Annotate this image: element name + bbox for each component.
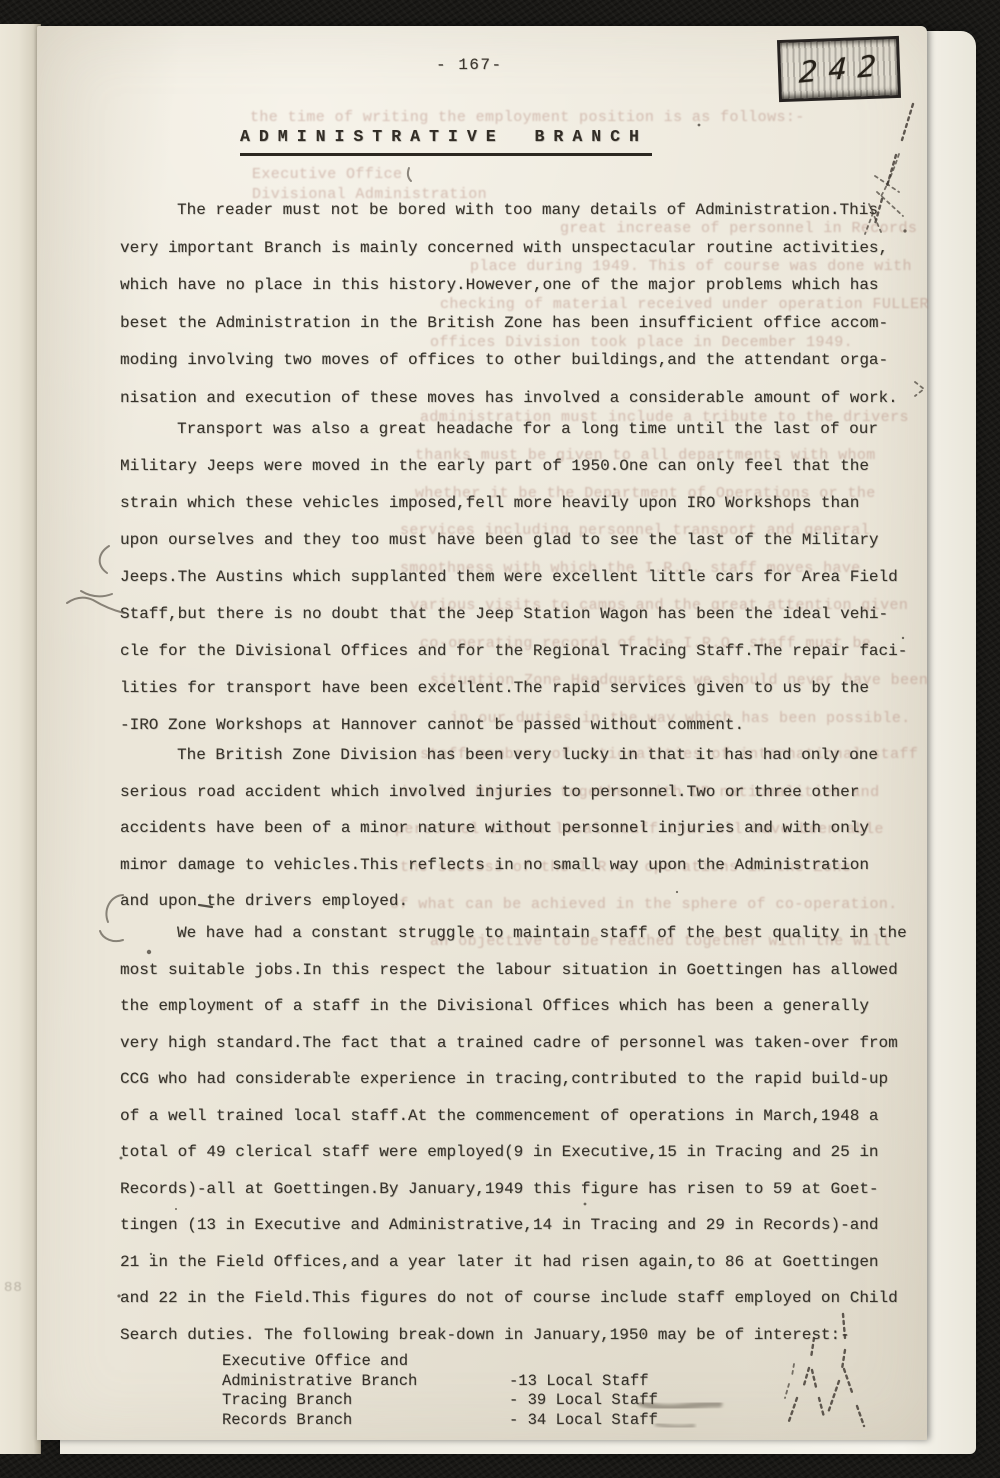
document-scan: 88 - 167- 242 ADMINISTRATIVE BRANCH the … xyxy=(0,0,1000,1478)
body-line: Transport was also a great headache for … xyxy=(120,411,920,448)
body-line: We have had a constant struggle to maint… xyxy=(120,915,920,952)
document-title: ADMINISTRATIVE BRANCH xyxy=(240,127,652,156)
table-value: - 39 Local Staff xyxy=(509,1391,658,1411)
body-line: very high standard.The fact that a train… xyxy=(120,1025,920,1062)
body-line: Search duties. The following break-down … xyxy=(120,1317,920,1354)
body-line: total of 49 clerical staff were employed… xyxy=(120,1134,920,1171)
body-line: The British Zone Division has been very … xyxy=(120,737,920,774)
body-line: Jeeps.The Austins which supplanted them … xyxy=(120,559,920,596)
body-line: strain which these vehicles imposed,fell… xyxy=(120,485,920,522)
body-line: lities for transport have been excellent… xyxy=(120,670,920,707)
folio-stamp: 242 xyxy=(777,36,901,102)
paragraph: The reader must not be bored with too ma… xyxy=(120,192,920,417)
body-line: The reader must not be bored with too ma… xyxy=(120,192,920,230)
body-line: beset the Administration in the British … xyxy=(120,305,920,343)
table-value: -13 Local Staff xyxy=(509,1372,658,1392)
stray-tick xyxy=(408,168,411,181)
body-line: Records)-all at Goettingen.By January,19… xyxy=(120,1171,920,1208)
document-page: - 167- 242 ADMINISTRATIVE BRANCH the tim… xyxy=(37,26,927,1440)
table-value: - 34 Local Staff xyxy=(509,1411,658,1431)
body-line: upon ourselves and they too must have be… xyxy=(120,522,920,559)
pencil-mark xyxy=(67,598,124,613)
pen-scratch xyxy=(785,1364,794,1398)
body-line: most suitable jobs.In this respect the l… xyxy=(120,952,920,989)
table-value xyxy=(509,1352,658,1372)
table-label: Administrative Branch xyxy=(222,1372,509,1392)
body-line: cle for the Divisional Offices and for t… xyxy=(120,633,920,670)
paragraph: Transport was also a great headache for … xyxy=(120,411,920,744)
body-line: of a well trained local staff.At the com… xyxy=(120,1098,920,1135)
pencil-mark xyxy=(81,591,112,596)
stamp-number: 242 xyxy=(790,48,888,91)
page-number: - 167- xyxy=(436,56,503,74)
body-line: and 22 in the Field.This figures do not … xyxy=(120,1280,920,1317)
adjacent-page-edge: 88 xyxy=(0,24,41,1454)
body-line: 21 in the Field Offices,and a year later… xyxy=(120,1244,920,1281)
body-line: the employment of a staff in the Divisio… xyxy=(120,988,920,1025)
body-line: moding involving two moves of offices to… xyxy=(120,342,920,380)
margin-mark: 88 xyxy=(4,1280,23,1296)
ghost-line: the time of writing the employment posit… xyxy=(250,109,805,126)
body-line: very important Branch is mainly concerne… xyxy=(120,230,920,268)
ink-smear xyxy=(657,1424,693,1427)
table-label: Records Branch xyxy=(222,1411,509,1431)
staff-table: Executive Office and Administrative Bran… xyxy=(222,1352,658,1430)
body-line: Staff,but there is no doubt that the Jee… xyxy=(120,596,920,633)
body-line: tingen (13 in Executive and Administrati… xyxy=(120,1207,920,1244)
paragraph: The British Zone Division has been very … xyxy=(120,737,920,920)
table-label: Executive Office and xyxy=(222,1352,509,1372)
ghost-line: Executive Office xyxy=(252,166,402,183)
body-line: accidents have been of a minor nature wi… xyxy=(120,810,920,847)
table-label: Tracing Branch xyxy=(222,1391,509,1411)
body-line: minor damage to vehicles.This reflects i… xyxy=(120,847,920,884)
body-line: serious road accident which involved inj… xyxy=(120,774,920,811)
paragraph: We have had a constant struggle to maint… xyxy=(120,915,920,1353)
pencil-mark xyxy=(100,546,109,573)
body-line: CCG who had considerable experience in t… xyxy=(120,1061,920,1098)
body-line: which have no place in this history.Howe… xyxy=(120,267,920,305)
body-line: Military Jeeps were moved in the early p… xyxy=(120,448,920,485)
